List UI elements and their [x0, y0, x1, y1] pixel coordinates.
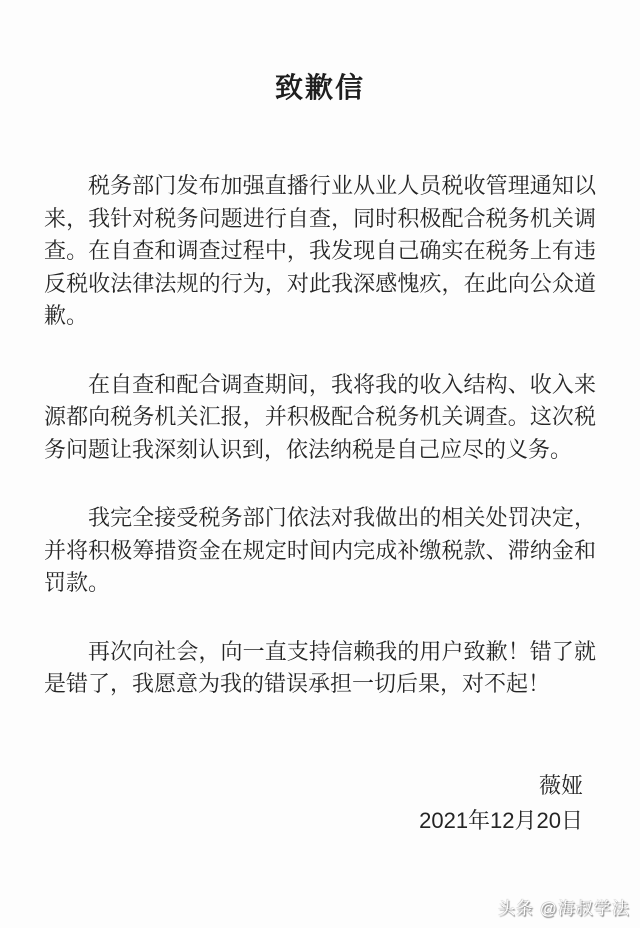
letter-paragraph-4: 再次向社会，向一直支持信赖我的用户致歉！错了就是错了，我愿意为我的错误承担一切后…	[44, 636, 596, 701]
letter-body: 税务部门发布加强直播行业从业人员税收管理通知以来，我针对税务问题进行自查，同时积…	[0, 170, 640, 701]
signature-block: 薇娅 2021年12月20日	[0, 768, 640, 838]
letter-paragraph-2: 在自查和配合调查期间，我将我的收入结构、收入来源都向税务机关汇报，并积极配合税务…	[44, 369, 596, 467]
letter-title: 致歉信	[0, 70, 640, 106]
apology-letter-page: 致歉信 税务部门发布加强直播行业从业人员税收管理通知以来，我针对税务问题进行自查…	[0, 0, 640, 928]
signature-name: 薇娅	[0, 768, 583, 803]
signature-date: 2021年12月20日	[0, 803, 583, 838]
letter-paragraph-1: 税务部门发布加强直播行业从业人员税收管理通知以来，我针对税务问题进行自查，同时积…	[44, 170, 596, 333]
toutiao-watermark: 头条 @海叔学法	[498, 899, 630, 919]
letter-paragraph-3: 我完全接受税务部门依法对我做出的相关处罚决定，并将积极筹措资金在规定时间内完成补…	[44, 502, 596, 600]
